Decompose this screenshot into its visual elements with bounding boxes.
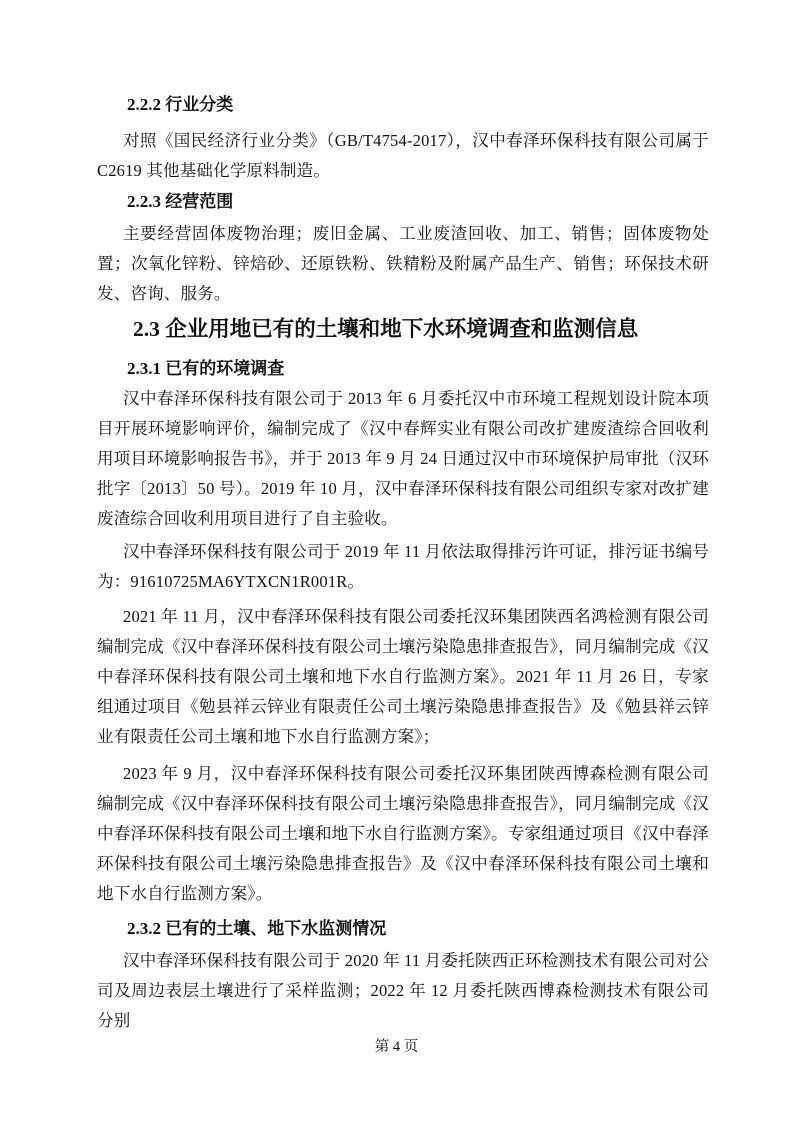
page-footer: 第 4 页 [0,1037,793,1057]
para-business-scope: 主要经营固体废物治理；废旧金属、工业废渣回收、加工、销售；固体废物处置；次氧化锌… [97,219,709,309]
heading-business-scope: 2.2.3 经营范围 [127,187,709,217]
para-pollution-discharge-permit: 汉中春泽环保科技有限公司于 2019 年 11 月依法取得排污许可证，排污证书编… [97,537,709,597]
para-soil-sampling-monitoring: 汉中春泽环保科技有限公司于 2020 年 11 月委托陕西正环检测技术有限公司对… [97,946,709,1036]
heading-section-2-3-soil-groundwater-info: 2.3 企业用地已有的土壤和地下水环境调查和监测信息 [133,311,709,347]
page-number: 第 4 页 [375,1039,419,1055]
para-industry-classification: 对照《国民经济行业分类》（GB/T4754-2017），汉中春泽环保科技有限公司… [97,126,709,186]
document-content: 2.2.2 行业分类 对照《国民经济行业分类》（GB/T4754-2017），汉… [0,0,793,1036]
heading-existing-environmental-survey: 2.3.1 已有的环境调查 [127,354,709,384]
para-2021-hazard-investigation: 2021 年 11 月，汉中春泽环保科技有限公司委托汉环集团陕西名鸿检测有限公司… [97,602,709,752]
para-2013-eia-approval: 汉中春泽环保科技有限公司于 2013 年 6 月委托汉中市环境工程规划设计院本项… [97,384,709,534]
heading-existing-monitoring-status: 2.3.2 已有的土壤、地下水监测情况 [127,914,709,944]
para-2023-hazard-investigation: 2023 年 9 月，汉中春泽环保科技有限公司委托汉环集团陕西博森检测有限公司编… [97,759,709,909]
heading-industry-classification: 2.2.2 行业分类 [127,90,709,120]
document-page: 2.2.2 行业分类 对照《国民经济行业分类》（GB/T4754-2017），汉… [0,0,793,1122]
